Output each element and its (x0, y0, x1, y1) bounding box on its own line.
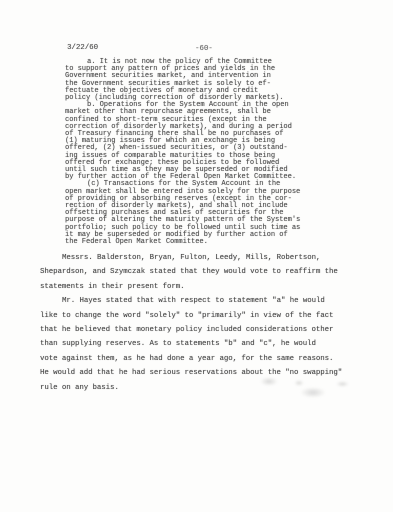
policy-paragraph-b: b. Operations for the System Account in … (65, 102, 310, 181)
body-text: Messrs. Balderston, Bryan, Fulton, Leedy… (40, 251, 352, 395)
page-number: -60- (195, 45, 213, 53)
text-line: He would add that he had serious reserva… (40, 366, 352, 380)
quoted-policy-block: a. It is not now the policy of the Commi… (65, 59, 310, 246)
text-line: than supplying reserves. As to statement… (40, 337, 352, 351)
policy-paragraph-a: a. It is not now the policy of the Commi… (65, 59, 310, 102)
text-line: like to change the word "solely" to "pri… (40, 309, 352, 323)
text-line: vote against them, as he had done a year… (40, 352, 352, 366)
text-line: that he believed that monetary policy in… (40, 323, 352, 337)
text-line: statements in their present form. (40, 280, 352, 294)
body-paragraph-vote-reaffirm: Messrs. Balderston, Bryan, Fulton, Leedy… (40, 251, 352, 294)
text-line: Mr. Hayes stated that with respect to st… (40, 294, 352, 308)
text-line: Messrs. Balderston, Bryan, Fulton, Leedy… (40, 251, 352, 265)
page-header: 3/22/60 -60- (0, 44, 393, 56)
scanned-document-page: 3/22/60 -60- a. It is not now the policy… (0, 0, 393, 512)
text-line: the Federal Open Market Committee. (65, 239, 310, 246)
policy-paragraph-c: (c) Transactions for the System Account … (65, 181, 310, 246)
text-line: Shepardson, and Szymczak stated that the… (40, 265, 352, 279)
text-line: rule on any basis. (40, 381, 352, 395)
date-stamp: 3/22/60 (67, 44, 98, 52)
body-paragraph-hayes-statement: Mr. Hayes stated that with respect to st… (40, 294, 352, 395)
